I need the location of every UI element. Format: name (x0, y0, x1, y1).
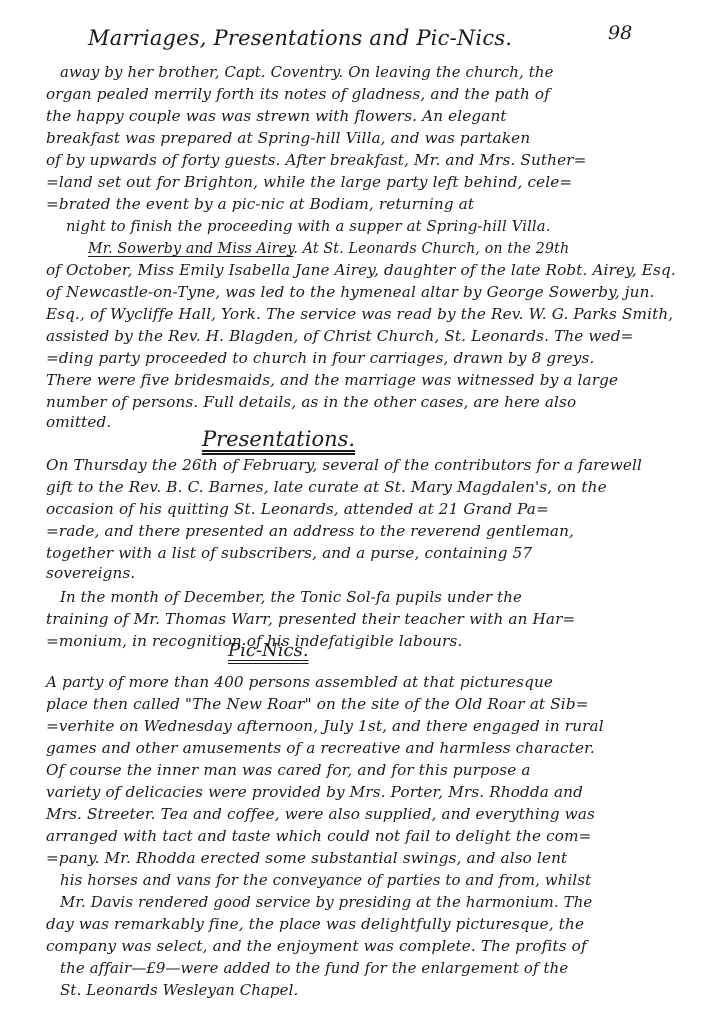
text-line: the happy couple was was strewn with flo… (46, 106, 686, 126)
text-line: games and other amusements of a recreati… (46, 738, 686, 758)
text-line: =brated the event by a pic-nic at Bodiam… (46, 194, 686, 214)
text-line: gift to the Rev. B. C. Barnes, late cura… (46, 477, 686, 497)
text-line: =land set out for Brighton, while the la… (46, 172, 686, 192)
text-line: Of course the inner man was cared for, a… (46, 760, 686, 780)
text-line: day was remarkably fine, the place was d… (46, 914, 686, 934)
text-line: breakfast was prepared at Spring-hill Vi… (46, 128, 686, 148)
text-line: occasion of his quitting St. Leonards, a… (46, 499, 686, 519)
text-line: of October, Miss Emily Isabella Jane Air… (46, 260, 686, 280)
text-line: On Thursday the 26th of February, severa… (46, 455, 686, 475)
text-line: organ pealed merrily forth its notes of … (46, 84, 686, 104)
text-line: variety of delicacies were provided by M… (46, 782, 686, 802)
text-line: away by her brother, Capt. Coventry. On … (60, 62, 687, 82)
entry-heading-names: Mr. Sowerby and Miss Airey (88, 239, 293, 257)
text-line: Mr. Davis rendered good service by presi… (60, 892, 687, 912)
text-line: company was select, and the enjoyment wa… (46, 936, 686, 956)
text-line: =verhite on Wednesday afternoon, July 1s… (46, 716, 686, 736)
text-line: together with a list of subscribers, and… (46, 543, 686, 563)
text-line: =ding party proceeded to church in four … (46, 348, 686, 368)
text-line: of Newcastle-on-Tyne, was led to the hym… (46, 282, 686, 302)
text-line: There were five bridesmaids, and the mar… (46, 370, 686, 390)
text-line: number of persons. Full details, as in t… (46, 392, 686, 412)
text-line: place then called "The New Roar" on the … (46, 694, 686, 714)
text-line: assisted by the Rev. H. Blagden, of Chri… (46, 326, 686, 346)
manuscript-page: Marriages, Presentations and Pic-Nics. 9… (0, 0, 715, 1024)
text-line: A party of more than 400 persons assembl… (46, 672, 686, 692)
text-line-entry-heading: Mr. Sowerby and Miss Airey. At St. Leona… (88, 238, 687, 258)
page-header: Marriages, Presentations and Pic-Nics. 9… (88, 26, 668, 56)
text-line: the affair—£9—were added to the fund for… (60, 958, 687, 978)
text-line: =monium, in recognition of his indefatig… (46, 631, 686, 651)
text-line: In the month of December, the Tonic Sol-… (60, 587, 687, 607)
page-title: Marriages, Presentations and Pic-Nics. (88, 26, 512, 50)
text-line: arranged with tact and taste which could… (46, 826, 686, 846)
text-line: his horses and vans for the conveyance o… (60, 870, 687, 890)
text-line: omitted. (46, 412, 686, 432)
text-line: St. Leonards Wesleyan Chapel. (60, 980, 687, 1000)
text-line: Mrs. Streeter. Tea and coffee, were also… (46, 804, 686, 824)
text-line: =rade, and there presented an address to… (46, 521, 686, 541)
section-heading-presentations: Presentations. (202, 427, 355, 451)
page-number: 98 (608, 22, 632, 44)
text-line: night to finish the proceeding with a su… (66, 216, 687, 236)
text-line: sovereigns. (46, 563, 686, 583)
section-heading-picnics: Pic-Nics. (228, 640, 309, 661)
text-line: training of Mr. Thomas Warr, presented t… (46, 609, 686, 629)
text-line: =pany. Mr. Rhodda erected some substanti… (46, 848, 686, 868)
text-line: Esq., of Wycliffe Hall, York. The servic… (46, 304, 686, 324)
text-line: of by upwards of forty guests. After bre… (46, 150, 686, 170)
